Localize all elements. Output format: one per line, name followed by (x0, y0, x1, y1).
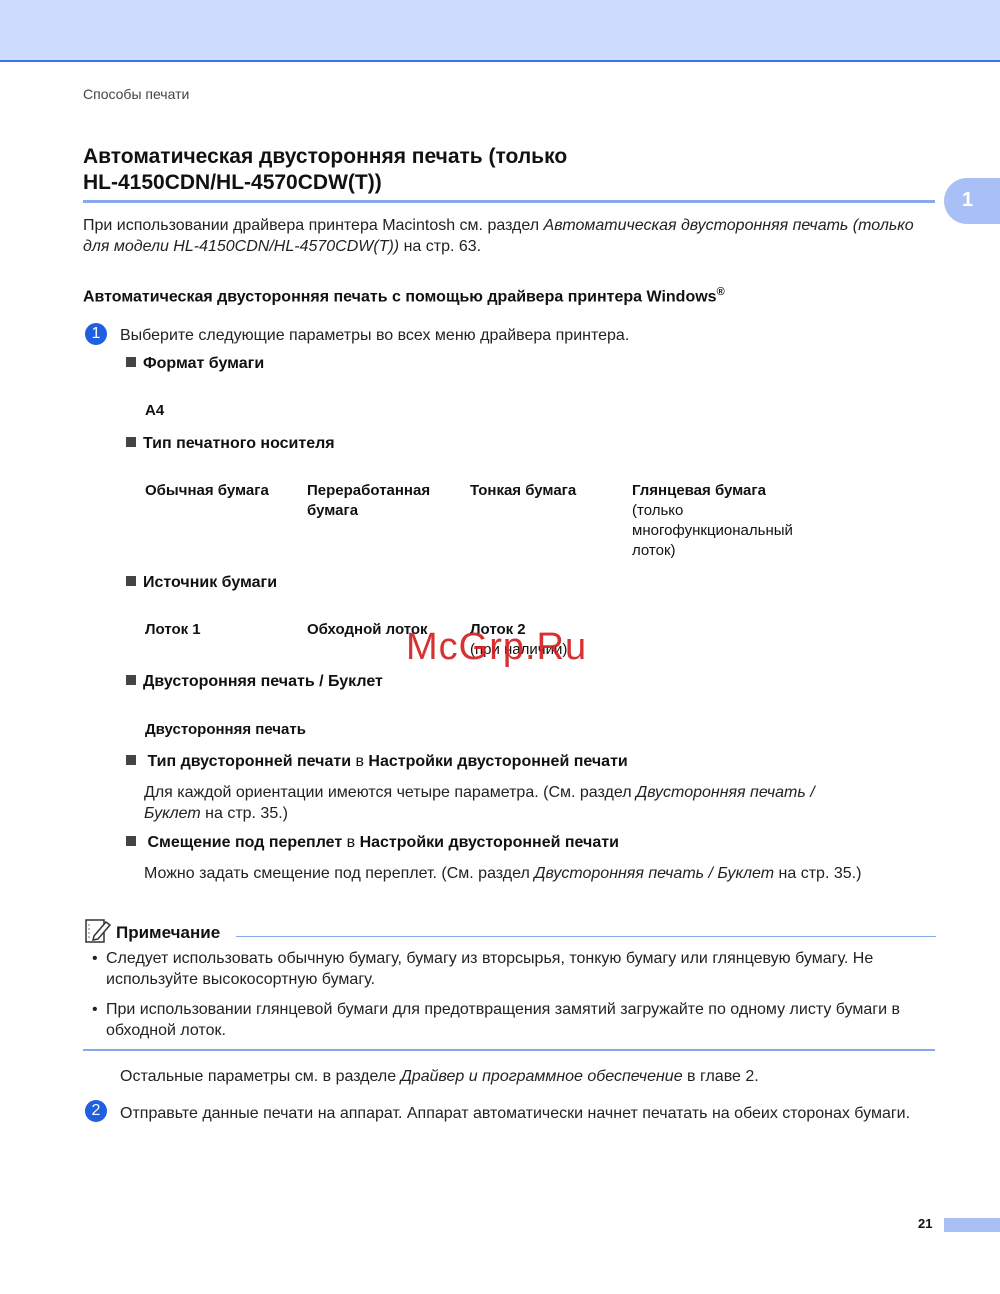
option-glossy-paper: Глянцевая бумага (только многофункционал… (632, 481, 817, 561)
setting-duplex-booklet: Двусторонняя печать / Буклет (126, 673, 383, 691)
other-settings-paragraph: Остальные параметры см. в разделе Драйве… (120, 1066, 759, 1087)
duplex-type-description: Для каждой ориентации имеются четыре пар… (144, 782, 844, 824)
chapter-tab[interactable]: 1 (944, 178, 1000, 224)
note-pencil-icon (84, 918, 112, 944)
step-2-circle: 2 (85, 1100, 107, 1122)
note-divider-top (236, 936, 936, 937)
note-divider-bottom (83, 1049, 935, 1051)
step-1-circle: 1 (85, 323, 107, 345)
title-line-1: Автоматическая двусторонняя печать (толь… (83, 145, 567, 168)
binding-offset-description: Можно задать смещение под переплет. (См.… (144, 863, 874, 884)
chapter-number: 1 (962, 189, 973, 212)
binding-offset-link[interactable]: Двусторонняя печать / Буклет (534, 865, 774, 882)
title-line-2: HL-4150CDN/HL-4570CDW(T)) (83, 171, 382, 194)
note-item: • Следует использовать обычную бумагу, б… (92, 948, 942, 990)
setting-paper-size: Формат бумаги (126, 355, 264, 373)
option-a4: A4 (145, 401, 164, 421)
header-divider (0, 60, 1000, 62)
setting-paper-source: Источник бумаги (126, 574, 277, 592)
option-plain-paper: Обычная бумага (145, 481, 295, 501)
header-band (0, 0, 1000, 60)
option-thin-paper: Тонкая бумага (470, 481, 620, 501)
intro-paragraph: При использовании драйвера принтера Maci… (83, 215, 943, 257)
setting-media-type: Тип печатного носителя (126, 435, 335, 453)
setting-binding-offset: Смещение под переплет в Настройки двусто… (126, 834, 619, 852)
option-duplex: Двусторонняя печать (145, 720, 306, 740)
note-item: • При использовании глянцевой бумаги для… (92, 999, 942, 1041)
watermark: McGrp.Ru (406, 626, 587, 669)
option-tray-1: Лоток 1 (145, 620, 201, 640)
sub-heading: Автоматическая двусторонняя печать с пом… (83, 286, 725, 306)
step-2-text: Отправьте данные печати на аппарат. Аппа… (120, 1103, 940, 1124)
step-1-text: Выберите следующие параметры во всех мен… (120, 325, 629, 346)
page-title: Автоматическая двусторонняя печать (толь… (83, 144, 843, 196)
setting-duplex-type: Тип двусторонней печати в Настройки двус… (126, 753, 628, 771)
page-number: 21 (918, 1216, 932, 1231)
breadcrumb: Способы печати (83, 86, 189, 102)
driver-software-link[interactable]: Драйвер и программное обеспечение (401, 1068, 683, 1085)
page-tab (944, 1218, 1000, 1232)
option-recycled-paper: Переработанная бумага (307, 481, 452, 521)
note-title: Примечание (116, 923, 220, 943)
option-glossy-note: (только многофункциональный лоток) (632, 501, 817, 561)
title-underline (83, 200, 935, 203)
